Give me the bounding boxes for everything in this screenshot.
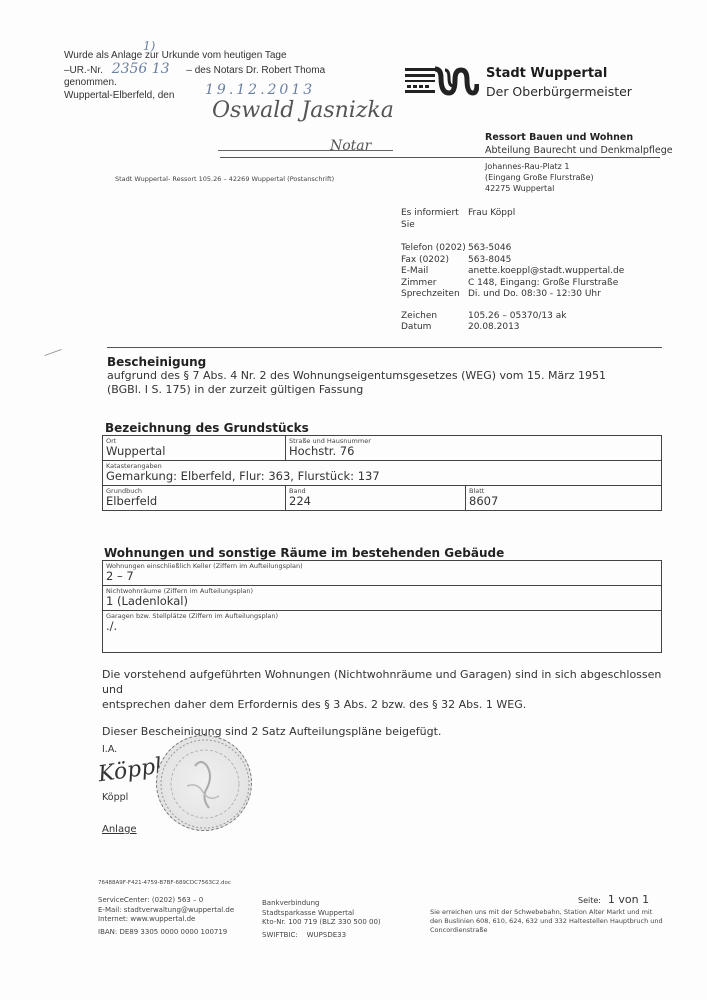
handwritten-date: 19.12.2013 bbox=[205, 82, 315, 98]
certificate-title: Bescheinigung bbox=[107, 355, 667, 369]
contact-row-hours: Sprechzeiten Di. und Do. 08:30 - 12:30 U… bbox=[401, 289, 691, 301]
sheet-value: 8607 bbox=[469, 495, 658, 508]
office-title: Der Oberbürgermeister bbox=[486, 84, 632, 99]
units-row-apartments: Wohnungen einschließlich Keller (Ziffern… bbox=[103, 561, 662, 586]
certificate-subtitle-line2: (BGBl. I S. 175) in der zurzeit gültigen… bbox=[107, 383, 667, 397]
property-table: Ort Wuppertal Straße und Hausnummer Hoch… bbox=[102, 435, 662, 511]
notary-stamp-line2: –UR.-Nr. 2356 13 – des Notars Dr. Robert… bbox=[64, 63, 384, 78]
official-seal-icon bbox=[156, 735, 252, 831]
volume-cell: Band 224 bbox=[286, 486, 466, 511]
document-id: 76488A9F-F421-4759-B7BF-689CDC7563C2.doc bbox=[98, 879, 231, 889]
contact-row-phone: Telefon (0202) 563-5046 bbox=[401, 243, 691, 255]
certificate-divider bbox=[107, 347, 662, 348]
cadastral-value: Gemarkung: Elberfeld, Flur: 363, Flurstü… bbox=[106, 470, 658, 483]
handwritten-annex-number: 1) bbox=[143, 39, 155, 53]
contact-person: Frau Köppl bbox=[468, 208, 515, 231]
contact-block: Es informiert Sie Frau Köppl Telefon (02… bbox=[401, 208, 691, 334]
property-heading: Bezeichnung des Grundstücks bbox=[102, 421, 662, 435]
reference-row: Zeichen 105.26 – 05370/13 ak bbox=[401, 311, 691, 323]
nonresidential-value: 1 (Ladenlokal) bbox=[106, 595, 658, 608]
contact-row-room: Zimmer C 148, Eingang: Große Flurstraße bbox=[401, 278, 691, 290]
email-link[interactable]: anette.koeppl@stadt.wuppertal.de bbox=[468, 266, 624, 278]
scan-mark bbox=[44, 349, 61, 356]
land-register-value: Elberfeld bbox=[106, 495, 282, 508]
return-address: Stadt Wuppertal- Ressort 105.26 – 42269 … bbox=[115, 175, 334, 183]
contact-person-row: Es informiert Sie Frau Köppl bbox=[401, 208, 691, 231]
contact-row-email: E-Mail anette.koeppl@stadt.wuppertal.de bbox=[401, 266, 691, 278]
units-row-nonresidential: Nichtwohnräume (Ziffern im Aufteilungspl… bbox=[103, 586, 662, 611]
street-value: Hochstr. 76 bbox=[289, 445, 658, 458]
cadastral-cell: Katasterangaben Gemarkung: Elberfeld, Fl… bbox=[103, 461, 662, 486]
signer-name: Köppl bbox=[102, 792, 128, 803]
contact-row-fax: Fax (0202) 563-8045 bbox=[401, 255, 691, 267]
footer-contact: ServiceCenter: (0202) 563 – 0 E-Mail: st… bbox=[98, 896, 234, 937]
date-row: Datum 20.08.2013 bbox=[401, 322, 691, 334]
units-row-garages: Garagen bzw. Stellplätze (Ziffern im Auf… bbox=[103, 611, 662, 653]
handwritten-ur-nr: 2356 13 bbox=[112, 61, 170, 77]
footer-iban: IBAN: DE89 3305 0000 0000 100719 bbox=[98, 928, 234, 938]
city-name: Stadt Wuppertal bbox=[486, 66, 607, 81]
ort-cell: Ort Wuppertal bbox=[103, 436, 286, 461]
footer-bank-label: Bankverbindung bbox=[262, 899, 381, 909]
address-line2: (Eingang Große Flurstraße) bbox=[485, 172, 594, 183]
handwritten-notary-signature: Notar bbox=[330, 138, 371, 154]
department-heading: Ressort Bauen und Wohnen bbox=[485, 132, 633, 143]
annex-label: Anlage bbox=[102, 824, 137, 835]
apartments-value: 2 – 7 bbox=[106, 570, 658, 583]
address-line3: 42275 Wuppertal bbox=[485, 183, 594, 194]
ort-value: Wuppertal bbox=[106, 445, 282, 458]
page-indicator: Seite: 1 von 1 bbox=[578, 893, 649, 906]
units-table: Wohnungen einschließlich Keller (Ziffern… bbox=[102, 560, 662, 653]
address-block: Johannes-Rau-Platz 1 (Eingang Große Flur… bbox=[485, 161, 594, 194]
sheet-cell: Blatt 8607 bbox=[466, 486, 662, 511]
certificate-subtitle-line1: aufgrund des § 7 Abs. 4 Nr. 2 des Wohnun… bbox=[107, 369, 667, 383]
certificate-section: Bescheinigung aufgrund des § 7 Abs. 4 Nr… bbox=[107, 355, 667, 397]
wuppertal-logo-icon bbox=[405, 66, 479, 96]
land-register-cell: Grundbuch Elberfeld bbox=[103, 486, 286, 511]
handwritten-signature-koeppl: Köppl bbox=[97, 754, 164, 788]
street-cell: Straße und Hausnummer Hochstr. 76 bbox=[286, 436, 662, 461]
handwritten-notary-name: Oswald Jasnizka bbox=[212, 98, 394, 123]
units-heading: Wohnungen und sonstige Räume im bestehen… bbox=[102, 546, 662, 560]
footer-directions: Sie erreichen uns mit der Schwebebahn, S… bbox=[430, 908, 663, 935]
footer-bank: Bankverbindung Stadtsparkasse Wuppertal … bbox=[262, 899, 381, 940]
statement: Die vorstehend aufgeführten Wohnungen (N… bbox=[102, 667, 672, 739]
footer-email[interactable]: E-Mail: stadtverwaltung@wuppertal.de bbox=[98, 906, 234, 916]
division-heading: Abteilung Baurecht und Denkmalpflege bbox=[485, 145, 673, 156]
units-section: Wohnungen und sonstige Räume im bestehen… bbox=[102, 546, 662, 653]
footer-swift: SWIFTBIC: WUPSDE33 bbox=[262, 931, 381, 941]
footer-account: Kto-Nr. 100 719 (BLZ 330 500 00) bbox=[262, 918, 381, 928]
footer-service-center: ServiceCenter: (0202) 563 – 0 bbox=[98, 896, 234, 906]
statement-line1: Die vorstehend aufgeführten Wohnungen (N… bbox=[102, 667, 672, 697]
address-line1: Johannes-Rau-Platz 1 bbox=[485, 161, 594, 172]
garages-value: ./. bbox=[106, 620, 658, 633]
on-behalf-label: I.A. bbox=[102, 744, 117, 755]
volume-value: 224 bbox=[289, 495, 462, 508]
letterhead-divider bbox=[220, 157, 660, 158]
property-section: Bezeichnung des Grundstücks Ort Wupperta… bbox=[102, 421, 662, 511]
footer-internet[interactable]: Internet: www.wuppertal.de bbox=[98, 915, 234, 925]
statement-line2: entsprechen daher dem Erfordernis des § … bbox=[102, 697, 672, 712]
footer-bank-name: Stadtsparkasse Wuppertal bbox=[262, 909, 381, 919]
